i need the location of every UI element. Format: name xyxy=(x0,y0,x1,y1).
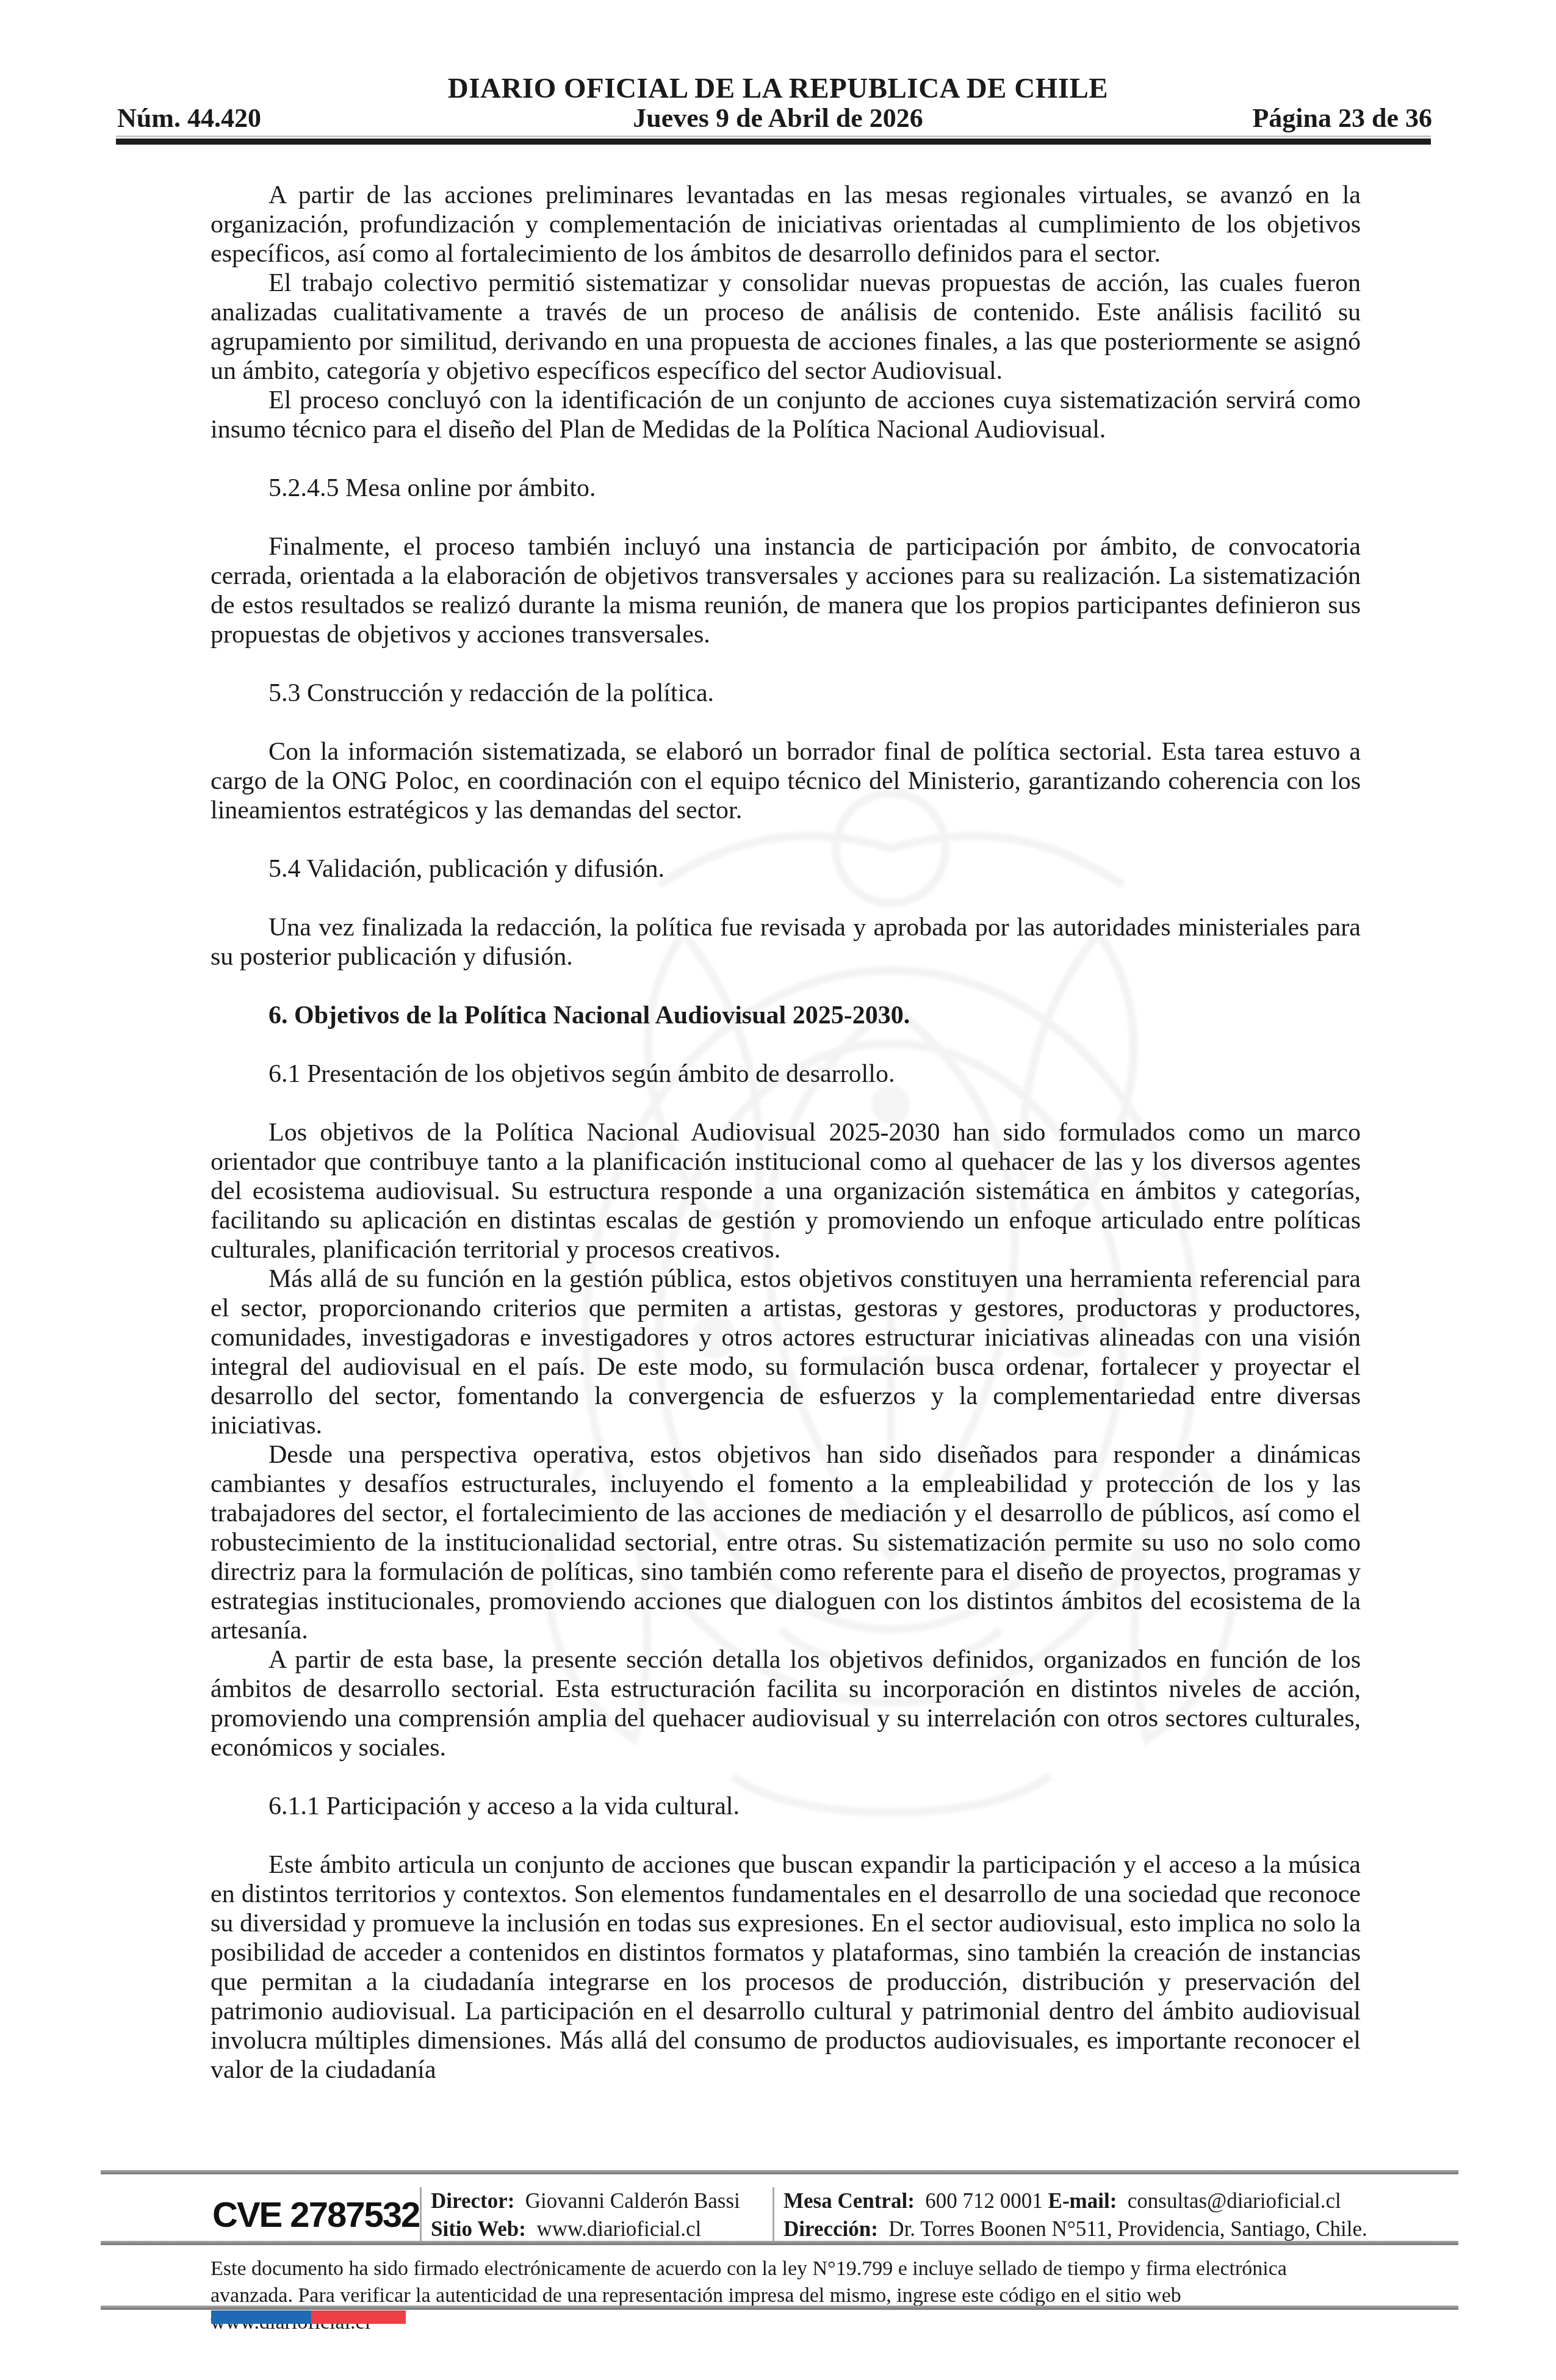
paragraph: Desde una perspectiva operativa, estos o… xyxy=(211,1440,1361,1645)
director-line: Director: Giovanni Calderón Bassi xyxy=(431,2187,740,2215)
gov-flag-red xyxy=(311,2310,406,2324)
gazette-title: DIARIO OFICIAL DE LA REPUBLICA DE CHILE xyxy=(0,72,1556,105)
email-value: consultas@diarioficial.cl xyxy=(1128,2189,1341,2213)
page-indicator: Página 23 de 36 xyxy=(1252,103,1432,134)
footer-rule-middle xyxy=(101,2241,1458,2245)
gazette-page: DIARIO OFICIAL DE LA REPUBLICA DE CHILE … xyxy=(0,0,1556,2380)
section-heading: 5.4 Validación, publicación y difusión. xyxy=(211,854,1361,884)
section-heading: 5.3 Construcción y redacción de la polít… xyxy=(211,679,1361,708)
paragraph: Los objetivos de la Política Nacional Au… xyxy=(211,1118,1361,1264)
paragraph: Este ámbito articula un conjunto de acci… xyxy=(211,1850,1361,2085)
footer-rule-top xyxy=(101,2170,1458,2174)
document-body: A partir de las acciones preliminares le… xyxy=(211,181,1361,2085)
footer-column-contact: Mesa Central: 600 712 0001 E-mail: consu… xyxy=(783,2187,1367,2243)
header-rule xyxy=(116,139,1431,145)
footer-rule-bottom xyxy=(101,2306,1458,2310)
paragraph: A partir de las acciones preliminares le… xyxy=(211,181,1361,269)
email-label: E-mail: xyxy=(1048,2189,1123,2213)
paragraph: A partir de esta base, la presente secci… xyxy=(211,1645,1361,1762)
mesa-central-label: Mesa Central: xyxy=(783,2189,920,2213)
director-label: Director: xyxy=(431,2189,520,2213)
director-value: Giovanni Calderón Bassi xyxy=(525,2189,740,2213)
paragraph: El trabajo colectivo permitió sistematiz… xyxy=(211,269,1361,386)
mesa-central-value: 600 712 0001 xyxy=(925,2189,1043,2213)
section-heading: 6. Objetivos de la Política Nacional Aud… xyxy=(211,1001,1361,1030)
header-rule-light xyxy=(116,135,1431,137)
direccion-label: Dirección: xyxy=(783,2217,884,2241)
paragraph: Una vez finalizada la redacción, la polí… xyxy=(211,913,1361,972)
direccion-line: Dirección: Dr. Torres Boonen N°511, Prov… xyxy=(783,2215,1367,2243)
section-heading: 5.2.4.5 Mesa online por ámbito. xyxy=(211,474,1361,503)
cve-code: CVE 2787532 xyxy=(212,2194,419,2235)
direccion-value: Dr. Torres Boonen N°511, Providencia, Sa… xyxy=(888,2217,1367,2241)
footer-divider xyxy=(420,2187,422,2243)
footer-column-director: Director: Giovanni Calderón Bassi Sitio … xyxy=(431,2187,740,2243)
paragraph: Más allá de su función en la gestión púb… xyxy=(211,1264,1361,1440)
paragraph: Con la información sistematizada, se ela… xyxy=(211,737,1361,825)
legal-notice: Este documento ha sido firmado electróni… xyxy=(211,2256,1345,2336)
gov-flag-blue xyxy=(211,2310,311,2324)
sitio-web-line: Sitio Web: www.diarioficial.cl xyxy=(431,2215,740,2243)
footer-divider xyxy=(773,2187,774,2243)
section-heading: 6.1.1 Participación y acceso a la vida c… xyxy=(211,1792,1361,1821)
sitio-web-value: www.diarioficial.cl xyxy=(536,2217,701,2241)
sitio-web-label: Sitio Web: xyxy=(431,2217,531,2241)
footer-info-row: CVE 2787532 Director: Giovanni Calderón … xyxy=(0,2186,1556,2247)
mesa-central-line: Mesa Central: 600 712 0001 E-mail: consu… xyxy=(783,2187,1367,2215)
paragraph: El proceso concluyó con la identificació… xyxy=(211,386,1361,444)
masthead-row: Núm. 44.420 Jueves 9 de Abril de 2026 Pá… xyxy=(0,103,1556,136)
paragraph: Finalmente, el proceso también incluyó u… xyxy=(211,532,1361,649)
section-heading: 6.1 Presentación de los objetivos según … xyxy=(211,1059,1361,1089)
